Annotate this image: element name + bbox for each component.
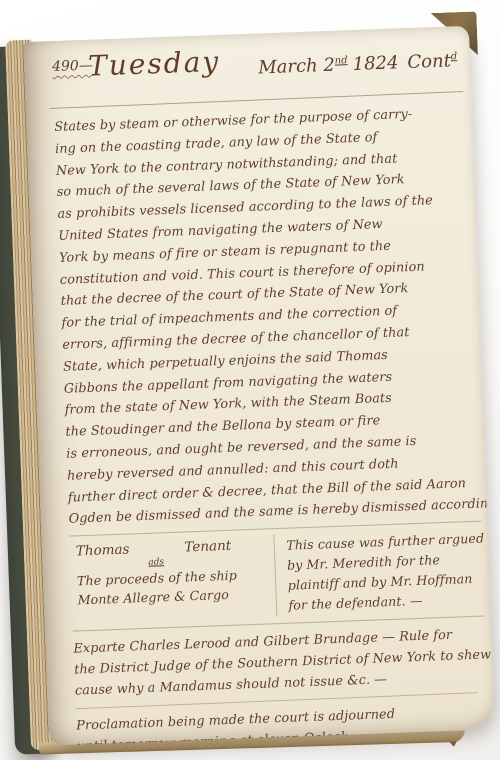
header-day: Tuesday: [87, 45, 220, 83]
manuscript-book: 490— Tuesday March 2nd1824Contd States b…: [3, 24, 495, 753]
decree-text: States by steam or otherwise for the pur…: [54, 102, 481, 531]
header-date-superscript: nd: [335, 55, 348, 66]
page-content: 490— Tuesday March 2nd1824Contd States b…: [52, 40, 489, 735]
case-argument-note: This cause was further argued by Mr. Mer…: [273, 527, 487, 617]
header-date: March 2nd1824Contd: [258, 50, 458, 78]
header-date-text: March 2: [258, 55, 335, 79]
header-contd-superscript: d: [451, 51, 458, 62]
photo-backdrop: 490— Tuesday March 2nd1824Contd States b…: [0, 0, 500, 760]
case-caption: Thomas Tenant ads The proceeds of the sh…: [70, 534, 276, 623]
mandamus-rule-paragraph: Exparte Charles Lerood and Gilbert Brund…: [73, 624, 487, 702]
page-header: 490— Tuesday March 2nd1824Contd: [52, 40, 466, 109]
header-year: 1824: [352, 52, 399, 75]
manuscript-page: 490— Tuesday March 2nd1824Contd States b…: [23, 26, 494, 746]
case-party-plaintiff: Thomas: [76, 542, 130, 560]
header-contd: Cont: [407, 50, 451, 73]
case-note-section: Thomas Tenant ads The proceeds of the sh…: [69, 521, 484, 632]
case-party-defendant: Tenant: [184, 538, 231, 556]
